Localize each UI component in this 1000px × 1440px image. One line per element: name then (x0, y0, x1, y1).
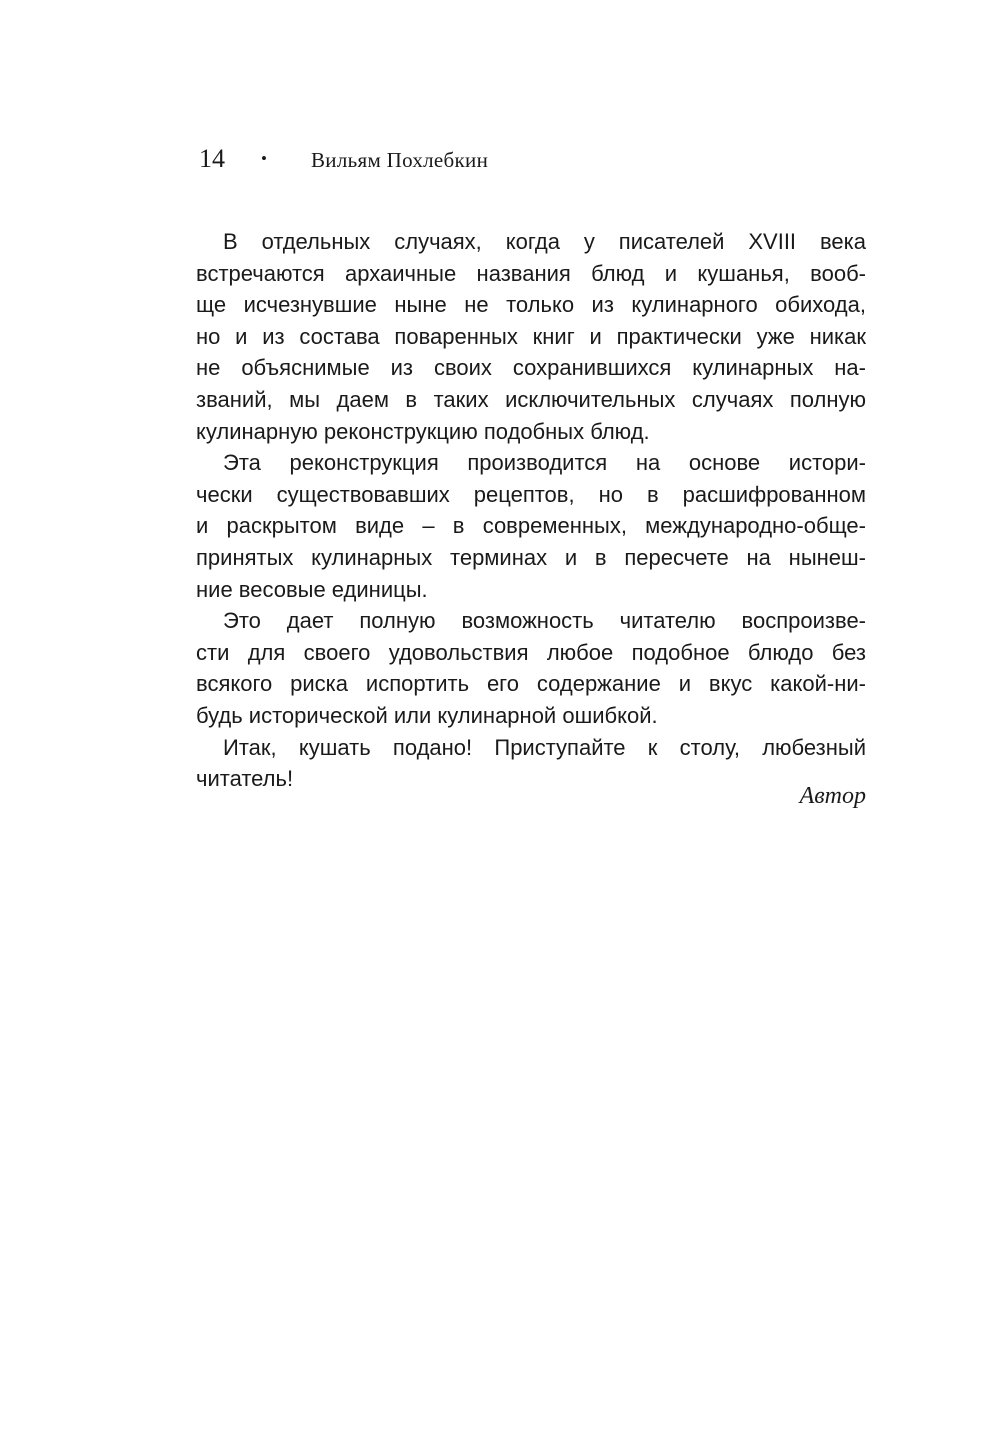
text-line: чески существовавших рецептов, но в расш… (196, 479, 866, 511)
running-head: Вильям Похлебкин (311, 149, 488, 171)
text-line: будь исторической или кулинарной ошибкой… (196, 700, 866, 732)
paragraph: Это дает полную возможность читателю вос… (196, 605, 866, 731)
text-line: и раскрытом виде – в современных, междун… (196, 510, 866, 542)
text-line: ще исчезнувшие ныне не только из кулинар… (196, 289, 866, 321)
paragraph: Эта реконструкция производится на основе… (196, 447, 866, 605)
text-line: всякого риска испортить его содержание и… (196, 668, 866, 700)
text-line: Это дает полную возможность читателю вос… (196, 605, 866, 637)
body-text: В отдельных случаях, когда у писателей X… (196, 226, 866, 795)
text-line: Итак, кушать подано! Приступайте к столу… (196, 732, 866, 764)
text-line: ние весовые единицы. (196, 574, 866, 606)
page-header: 14 • Вильям Похлебкин (197, 146, 867, 176)
text-line: но и из состава поваренных книг и практи… (196, 321, 866, 353)
text-line: званий, мы даем в таких исключительных с… (196, 384, 866, 416)
text-line: принятых кулинарных терминах и в пересче… (196, 542, 866, 574)
author-signature: Автор (196, 781, 866, 811)
header-separator-dot-icon: • (261, 150, 267, 167)
text-line: не объяснимые из своих сохранившихся кул… (196, 352, 866, 384)
paragraph: В отдельных случаях, когда у писателей X… (196, 226, 866, 447)
text-line: сти для своего удовольствия любое подобн… (196, 637, 866, 669)
text-line: Эта реконструкция производится на основе… (196, 447, 866, 479)
text-line: встречаются архаичные названия блюд и ку… (196, 258, 866, 290)
page-number: 14 (199, 146, 225, 172)
text-line: кулинарную реконструкцию подобных блюд. (196, 416, 866, 448)
book-page: 14 • Вильям Похлебкин В отдельных случая… (0, 0, 1000, 1440)
text-line: В отдельных случаях, когда у писателей X… (196, 226, 866, 258)
